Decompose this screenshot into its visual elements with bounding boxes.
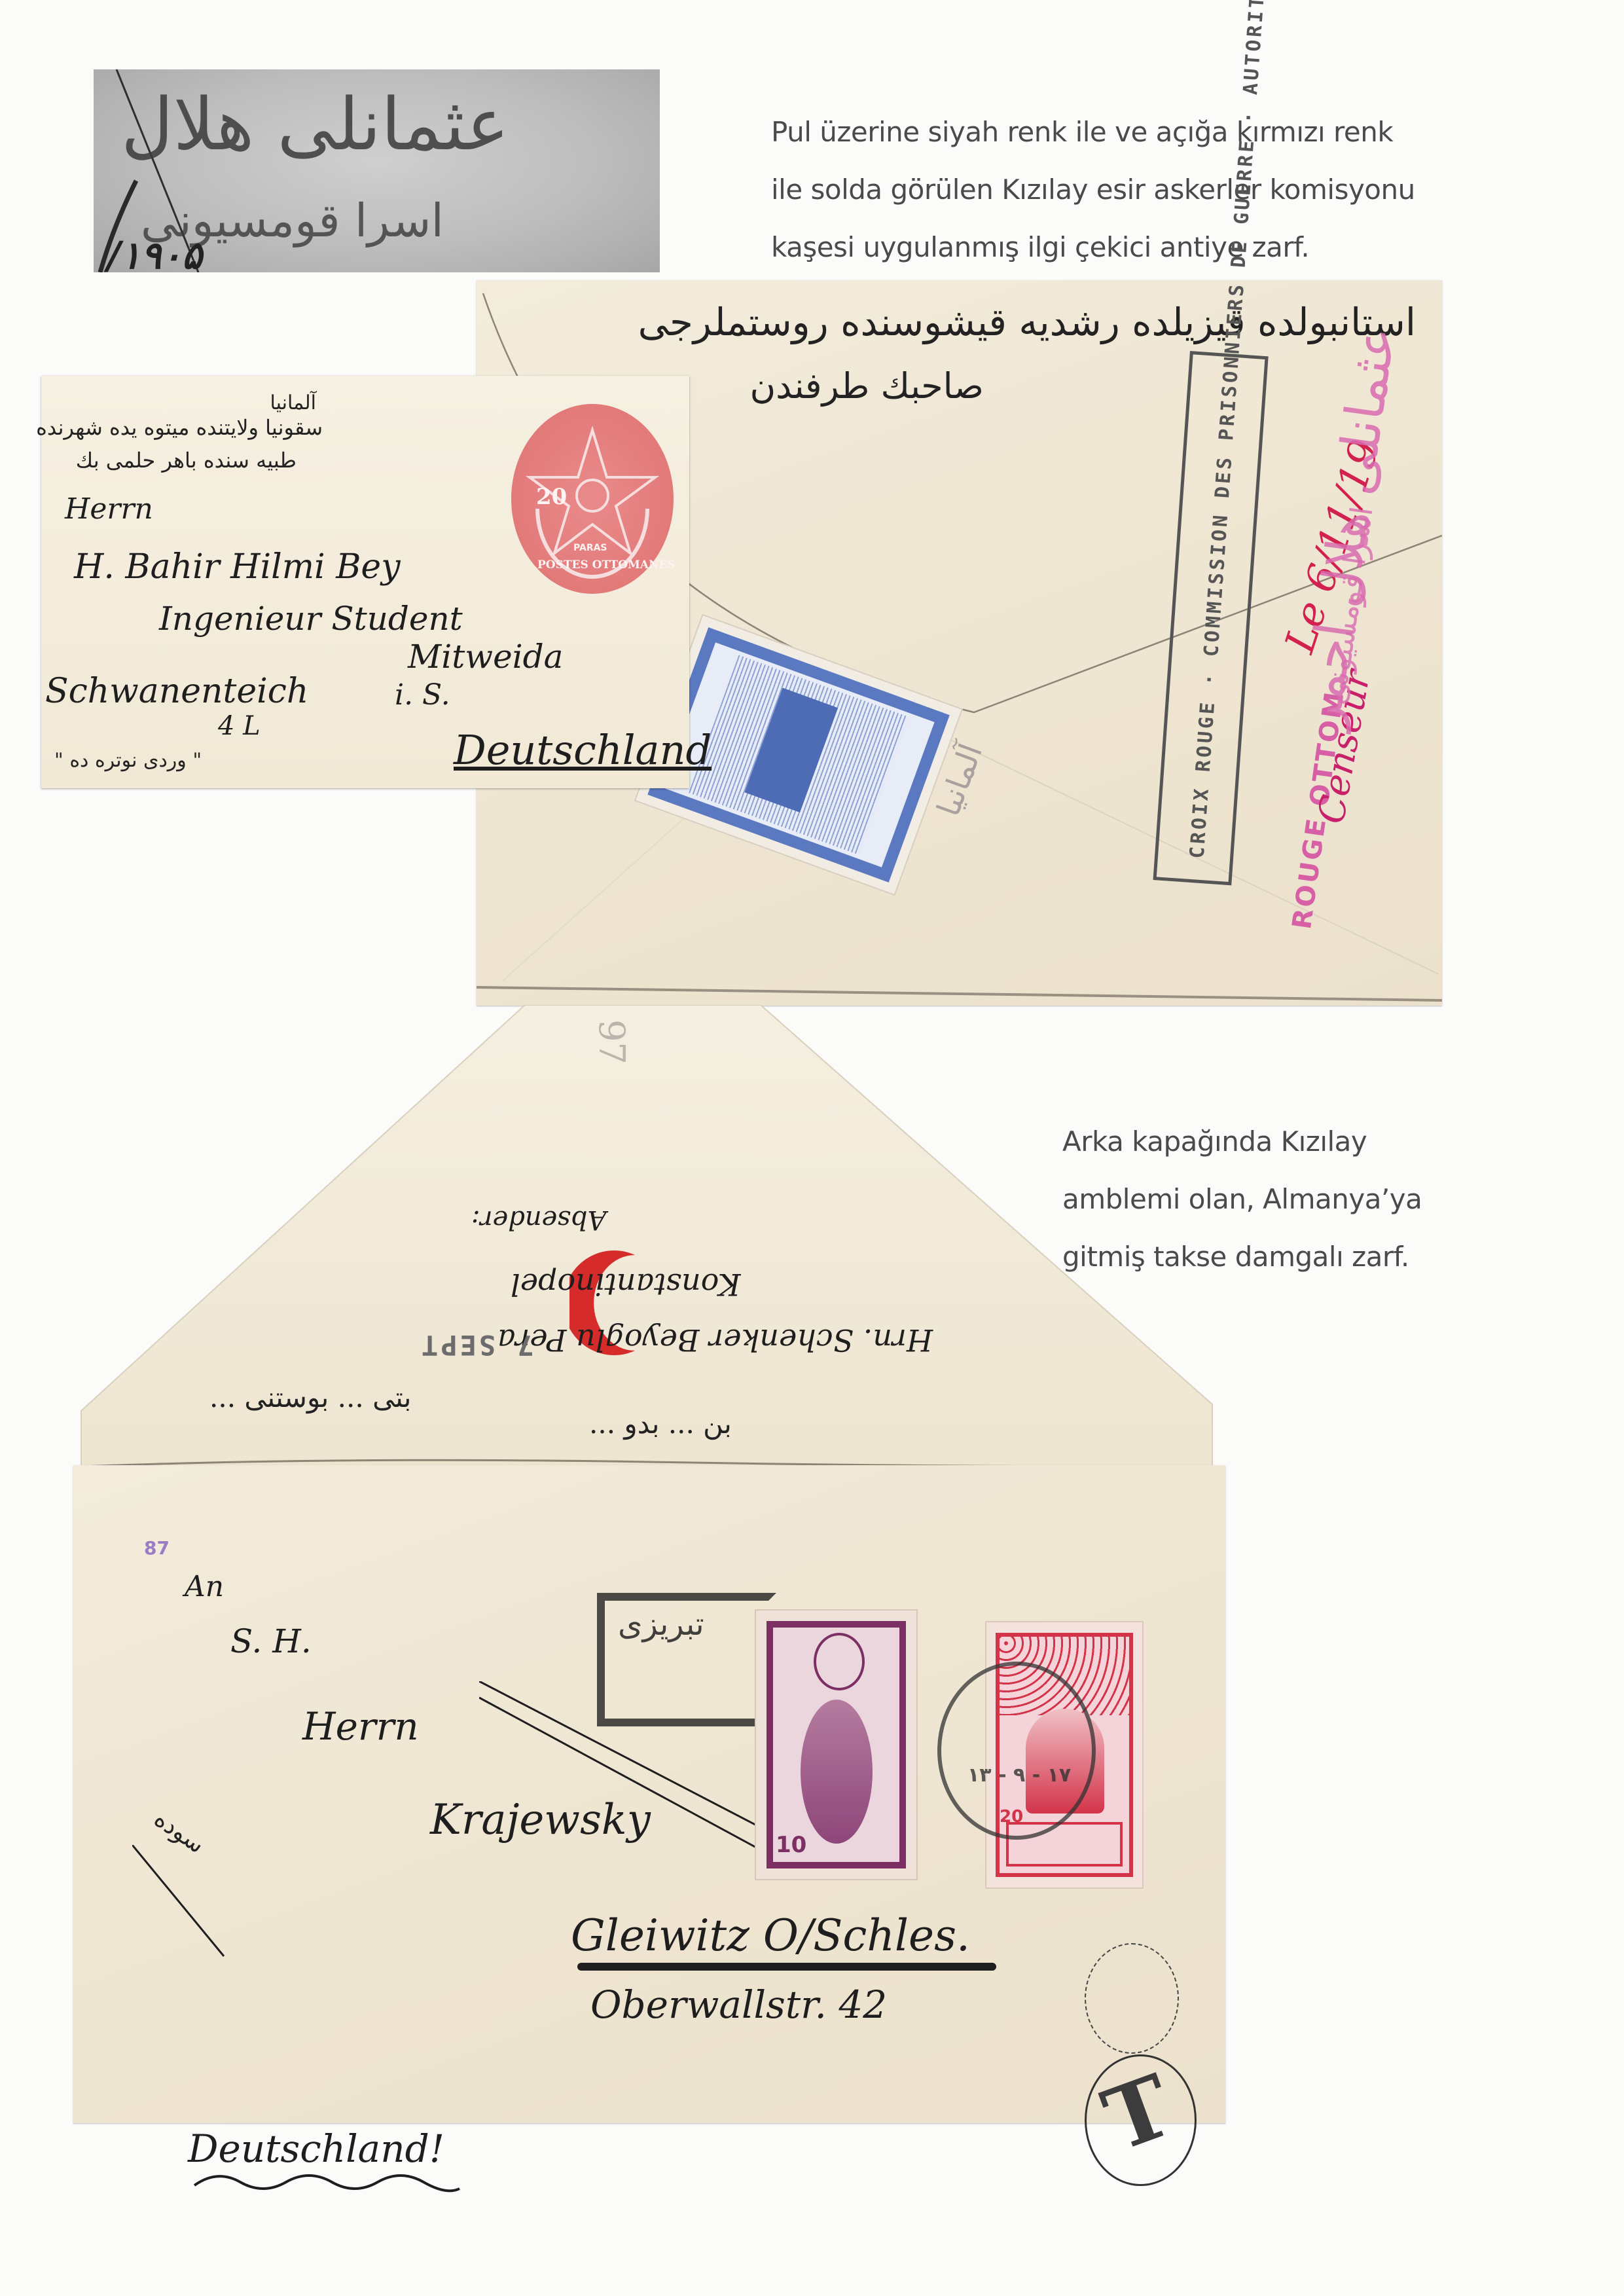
seal-detail-image: عثمانلى هلال احمر اسرا قومسيونى /۱۹۰۵: [94, 69, 660, 272]
address-street: Oberwallstr. 42: [590, 1982, 887, 2027]
flap-arabic-1: بتى ... بوستنى ...: [209, 1381, 411, 1413]
address-herrn-2: Herrn: [302, 1704, 419, 1749]
postmark-date: ١٧ - ٩ - ١٣: [967, 1764, 1071, 1787]
caption-top-line-1: Pul üzerine siyah renk ile ve açığa kırm…: [771, 103, 1415, 161]
tax-mark: T: [1085, 2054, 1197, 2186]
diagonal-stroke: [132, 1845, 263, 1976]
handwritten-fragment: /۱۹۰۵: [107, 233, 202, 272]
sender-handwriting-2: Konstantinopel: [511, 1267, 741, 1302]
arabic-address-line-1: آلمانيا: [270, 392, 316, 414]
caption-top: Pul üzerine siyah renk ile ve açığa kırm…: [771, 103, 1415, 276]
caption-top-line-3: kaşesi uygulanmış ilgi çekici antiye zar…: [771, 219, 1415, 276]
violet-mark: 87: [144, 1537, 170, 1559]
caption-top-line-2: ile solda görülen Kızılay esir askerler …: [771, 161, 1415, 219]
address-an: An: [185, 1570, 224, 1603]
address-city: Mitweida: [408, 638, 563, 676]
address-city-2: Gleiwitz O/Schles.: [571, 1910, 970, 1961]
address-occupation: Ingenieur Student: [159, 600, 463, 638]
cover-1-front: آلمانيا سقونيا ولايتنده ميتوه يده شهرنده…: [41, 376, 689, 788]
indicium-unit: PARAS: [573, 543, 607, 553]
bottom-arabic-note: " وردى نوتره ده ": [54, 749, 202, 772]
stamp-10-value: 10: [776, 1832, 806, 1858]
postal-indicium: 20 PARAS POSTES OTTOMANES: [511, 404, 674, 594]
sender-handwriting-3: Hrn. Schenker Beyoglu Pera: [497, 1322, 933, 1358]
cover-2-front: 87 An S. H. تبريزى Herrn Krajewsky سوده …: [73, 1465, 1225, 2123]
stamp-10-vignette: [801, 1700, 873, 1844]
indicium-value: 20: [536, 484, 567, 510]
tax-letter: T: [1091, 2055, 1185, 2171]
stamp-10-frame: 10: [767, 1621, 906, 1868]
indicium-legend: POSTES OTTOMANES: [537, 558, 649, 572]
city-underline: [577, 1963, 996, 1971]
sender-street: Schwanenteich: [45, 672, 308, 711]
address-initials: S. H.: [230, 1622, 312, 1660]
sender-number: 4 L: [218, 711, 261, 741]
pencil-number: 97: [591, 1019, 632, 1065]
flap-arabic-2: بن ... بدو ...: [589, 1408, 732, 1440]
circular-postmark: ١٧ - ٩ - ١٣: [937, 1662, 1096, 1840]
arabic-return-address-1: استانبولده قيزيلده رشديه قيشوسنده روستمل…: [638, 300, 1416, 344]
postmark-fragment: 7 SEPT: [419, 1329, 534, 1361]
stamp-10-tughra-frame: [814, 1633, 865, 1690]
stamp-10-para: 10: [756, 1611, 916, 1879]
arabic-address-line-3: طبيه سنده باهر حلمى بك: [76, 448, 297, 473]
receiving-postmark: [1085, 1943, 1179, 2054]
address-name-2: Krajewsky: [430, 1796, 651, 1844]
address-name: H. Bahir Hilmi Bey: [74, 547, 401, 587]
arabic-return-address-2: صاحبك طرفندن: [749, 365, 984, 407]
arabic-address-line-2: سقونيا ولايتنده ميتوه يده شهرنده: [36, 415, 323, 440]
boxed-cachet-text: تبريزى: [618, 1606, 704, 1643]
address-region: i. S.: [395, 678, 450, 712]
wavy-underline: [191, 2169, 466, 2195]
address-herrn: Herrn: [65, 492, 153, 526]
address-country: Deutschland: [454, 726, 712, 774]
address-country-2: Deutschland!: [188, 2126, 444, 2171]
seal-line-1: عثمانلى هلال احمر: [94, 82, 509, 166]
sender-handwriting-1: Absender:: [471, 1205, 606, 1235]
censor-box-text: CROIX ROUGE · COMMISSION DES PRISONNIERS…: [1185, 348, 1244, 860]
